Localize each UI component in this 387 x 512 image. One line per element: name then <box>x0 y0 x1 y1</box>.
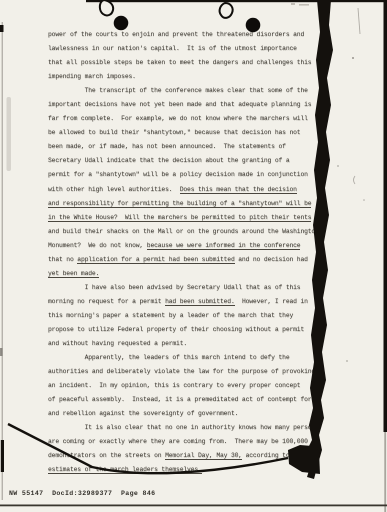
document-line: far from complete. For example, we do no… <box>48 112 338 126</box>
document-line: this morning's paper a statement by a le… <box>48 309 338 323</box>
document-line: and responsibility for permitting the bu… <box>48 197 338 211</box>
top-edge-line <box>86 0 387 2</box>
document-line: demonstrators on the streets on Memorial… <box>48 449 338 463</box>
margin-specks <box>337 8 365 362</box>
document-line: impending march imposes. <box>48 70 338 84</box>
scanned-document-page: power of the courts to enjoin and preven… <box>0 0 387 512</box>
document-line: Monument? We do not know, because we wer… <box>48 239 338 253</box>
document-line: been made, or if made, has not been anno… <box>48 140 338 154</box>
bottom-border-line <box>0 505 387 507</box>
left-edge-marks <box>0 22 11 500</box>
document-line: are coming or exactly where they are com… <box>48 435 338 449</box>
document-line: yet been made. <box>48 267 338 281</box>
document-line: propose to utilize Federal property of t… <box>48 323 338 337</box>
document-line: that all possible steps be taken to meet… <box>48 56 338 70</box>
document-line: in the White House? Will the marchers be… <box>48 211 338 225</box>
document-line: I have also been advised by Secretary Ud… <box>48 281 338 295</box>
document-line: and rebellion against the sovereignty of… <box>48 407 338 421</box>
document-body-text: power of the courts to enjoin and preven… <box>48 28 338 478</box>
torn-paper-mark-left <box>100 0 113 15</box>
document-line: Apparently, the leaders of this march in… <box>48 351 338 365</box>
document-line: power of the courts to enjoin and preven… <box>48 28 338 42</box>
document-line: authorities and deliberately violate the… <box>48 365 338 379</box>
document-line: and without having requested a permit. <box>48 337 338 351</box>
document-line: Secretary Udall indicate that the decisi… <box>48 154 338 168</box>
document-id-footer: NW 55147 DocId:32989377 Page 846 <box>9 490 155 497</box>
document-line: lawlessness in our nation's capital. It … <box>48 42 338 56</box>
right-edge-line-faded <box>384 432 386 512</box>
document-line: that no application for a permit had bee… <box>48 253 338 267</box>
document-line: an incident. In my opinion, this is cont… <box>48 379 338 393</box>
document-line: permit for a "shantytown" will be a poli… <box>48 168 338 182</box>
document-line: The transcript of the conference makes c… <box>48 84 338 98</box>
document-line: morning no request for a permit had been… <box>48 295 338 309</box>
document-line: with other high level authorities. Does … <box>48 183 338 197</box>
document-line: estimates of the march leaders themselve… <box>48 463 338 477</box>
torn-paper-mark-right <box>220 3 233 18</box>
document-line: of peaceful assembly. Instead, it is a p… <box>48 393 338 407</box>
document-line: be allowed to build their "shantytown," … <box>48 126 338 140</box>
document-line: and build their shacks on the Mall or on… <box>48 225 338 239</box>
right-edge-line <box>384 0 387 432</box>
document-line: important decisions have not yet been ma… <box>48 98 338 112</box>
document-line: It is also clear that no one in authorit… <box>48 421 338 435</box>
faint-pencil-marks <box>291 3 309 6</box>
